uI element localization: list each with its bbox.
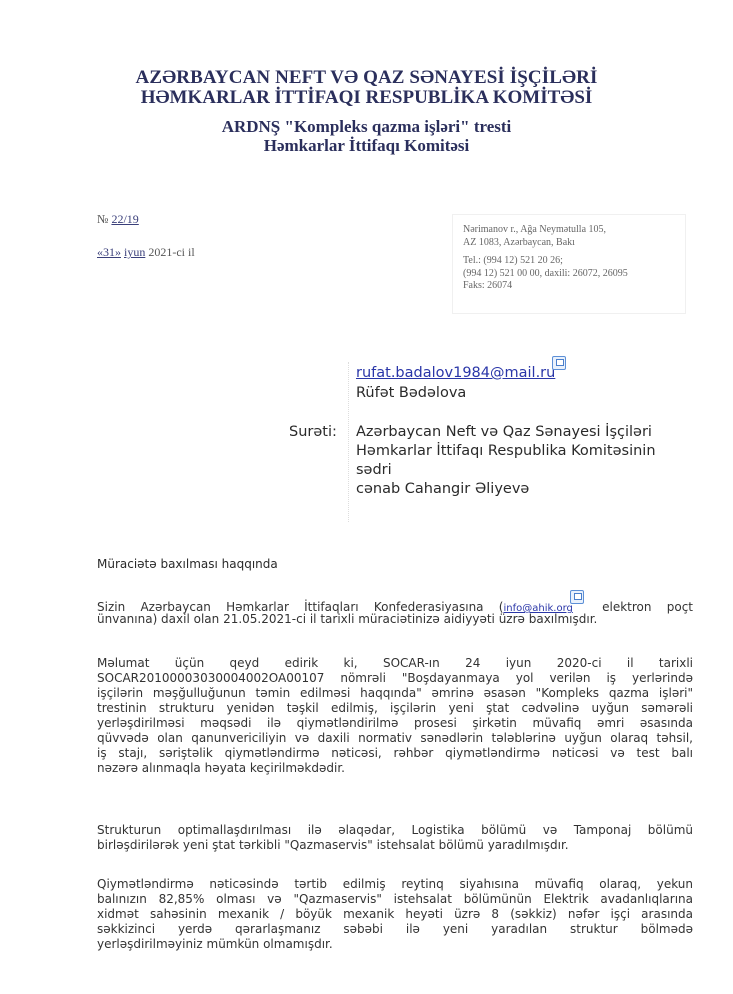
paragraph-4: Qiymətləndirmə nəticəsində tərtib edilmi… [97, 877, 693, 952]
number-prefix: № [97, 212, 108, 226]
fax-line: Faks: 26074 [463, 280, 685, 293]
number-value: 22/19 [111, 212, 138, 226]
paragraph-line: yerləşdirilməyiniz mümkün olmamışdır. [97, 937, 693, 952]
document-date: «31» iyun 2021-ci il [97, 245, 195, 260]
org-title-line2: HƏMKARLAR İTTİFAQI RESPUBLİKA KOMİTƏSİ [0, 88, 733, 108]
copy-line: Azərbaycan Neft və Qaz Sənayesi İşçiləri [356, 423, 701, 442]
paragraph-text: elektron poçt [587, 600, 693, 614]
paragraph-line: ünvanına) daxil olan 21.05.2021-ci il ta… [97, 612, 693, 627]
paragraph-line: Strukturun optimallaşdırılması ilə əlaqə… [97, 823, 693, 838]
paragraph-line: səkkizinci yerdə qərarlaşmanız səbəbi il… [97, 922, 693, 937]
external-link-icon[interactable] [552, 356, 566, 370]
paragraph-line: Qiymətləndirmə nəticəsində tərtib edilmi… [97, 877, 693, 892]
recipient-email-link[interactable]: rufat.badalov1984@mail.ru [356, 363, 569, 383]
paragraph-line: balınızın 82,85% olması və "Qazmaservis"… [97, 892, 693, 907]
copy-label: Surəti: [289, 423, 337, 442]
paragraph-line: trestinin strukturu yenidən təşkil edilm… [97, 701, 693, 716]
paragraph-line: iş stajı, səriştəlik qiymətləndirmə nəti… [97, 746, 693, 761]
copy-line: sədri [356, 461, 701, 480]
paragraph-line: nəzərə alınmaqla həyata keçirilməkdədir. [97, 761, 693, 776]
org-subtitle-line2: Həmkarlar İttifaqı Komitəsi [0, 136, 733, 155]
address-line: AZ 1083, Azərbaycan, Bakı [463, 237, 685, 250]
paragraph-line: SOCAR20100003030004002OA00107 nömrəli "B… [97, 671, 693, 686]
paragraph-line: birləşdirilərək yeni ştat tərkibli "Qazm… [97, 838, 693, 853]
date-year: 2021-ci il [148, 245, 194, 259]
paragraph-line: Məlumat üçün qeyd edirik ki, SOCAR-ın 24… [97, 656, 693, 671]
address-block: Nərimanov r., Ağa Neymətulla 105, AZ 108… [452, 214, 686, 314]
document-number: № 22/19 [97, 212, 139, 227]
paragraph-line: işçilərin məşğulluğunun təmin edilməsi h… [97, 686, 693, 701]
recipient-email[interactable]: rufat.badalov1984@mail.ru [356, 365, 555, 381]
copy-line: cənab Cahangir Əliyevə [356, 480, 701, 499]
org-title-line1: AZƏRBAYCAN NEFT VƏ QAZ SƏNAYESİ İŞÇİLƏRİ [0, 68, 733, 88]
phone-line: (994 12) 521 00 00, daxili: 26072, 26095 [463, 268, 685, 281]
recipient-name: Rüfət Bədəlova [356, 384, 466, 403]
org-subtitle-line1: ARDNŞ "Kompleks qazma işləri" tresti [0, 117, 733, 136]
paragraph-3: Strukturun optimallaşdırılması ilə əlaqə… [97, 823, 693, 853]
copy-recipient: Azərbaycan Neft və Qaz Sənayesi İşçiləri… [356, 423, 701, 499]
date-month: iyun [124, 245, 145, 259]
paragraph-line: xidmət sahəsinin mexanik / böyük mexanik… [97, 907, 693, 922]
letter-subject: Müraciətə baxılması haqqında [97, 557, 278, 572]
date-day: «31» [97, 245, 121, 259]
copy-line: Həmkarlar İttifaqı Respublika Komitəsini… [356, 442, 701, 461]
paragraph-2: Məlumat üçün qeyd edirik ki, SOCAR-ın 24… [97, 656, 693, 776]
paragraph-line: yerləşdirilməsi məqsədi ilə qiymətləndir… [97, 716, 693, 731]
paragraph-1: Sizin Azərbaycan Həmkarlar İttifaqları K… [97, 597, 693, 627]
paragraph-line: qüvvədə olan qanunvericiliyin və daxili … [97, 731, 693, 746]
address-line: Nərimanov r., Ağa Neymətulla 105, [463, 224, 685, 237]
phone-line: Tel.: (994 12) 521 20 26; [463, 255, 685, 268]
external-link-icon[interactable] [570, 590, 584, 604]
